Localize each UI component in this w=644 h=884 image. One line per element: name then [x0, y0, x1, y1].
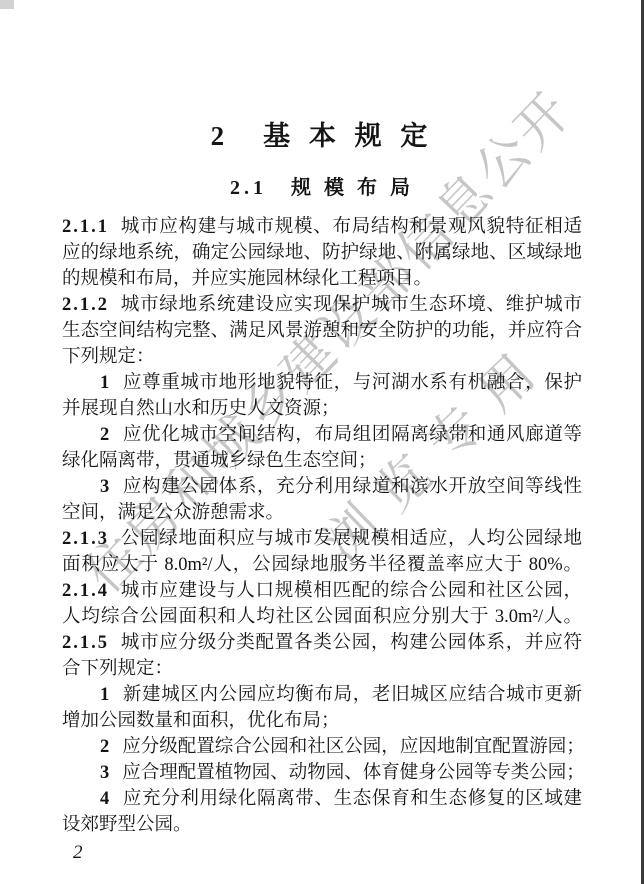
body-line-text: 绿化隔离带，贯通城乡绿色生态空间； — [62, 451, 377, 471]
body-line-text: 应合理配置植物园、动物园、体育健身公园等专类公园； — [122, 763, 585, 783]
item-number: 4 — [100, 789, 109, 809]
document-page: 住房和城乡建设部信息公开 浏览专用 2 基 本 规 定 2.1 规 模 布 局 … — [0, 0, 644, 884]
body-line-text: 城市应分级分类配置各类公园，构建公园体系，并应符 — [120, 633, 582, 653]
item-number: 3 — [100, 763, 109, 783]
body-line: 设郊野型公园。 — [62, 812, 582, 838]
body-line: 2.1.5城市应分级分类配置各类公园，构建公园体系，并应符 — [62, 630, 582, 656]
body-line: 生态空间结构完整、满足风景游憩和安全防护的功能，并应符合 — [62, 318, 582, 344]
body-line-text: 面积应大于 8.0m²/人，公园绿地服务半径覆盖率应大于 80%。 — [62, 555, 582, 575]
body-line: 4应充分利用绿化隔离带、生态保育和生态修复的区域建 — [62, 786, 582, 812]
body-line-text: 应的绿地系统，确定公园绿地、防护绿地、附属绿地、区域绿地 — [62, 243, 582, 263]
body-line-text: 生态空间结构完整、满足风景游憩和安全防护的功能，并应符合 — [62, 321, 582, 341]
clause-number: 2.1.5 — [62, 633, 109, 653]
body-line: 2.1.1城市应构建与城市规模、布局结构和景观风貌特征相适 — [62, 214, 582, 240]
clause-number: 2.1.3 — [62, 529, 109, 549]
body-line: 合下列规定： — [62, 656, 582, 682]
body-line-text: 新建城区内公园应均衡布局，老旧城区应结合城市更新 — [122, 685, 582, 705]
body-line: 空间，满足公众游憩需求。 — [62, 500, 582, 526]
clause-number: 2.1.4 — [62, 581, 109, 601]
body-line: 1新建城区内公园应均衡布局，老旧城区应结合城市更新 — [62, 682, 582, 708]
body-line-text: 设郊野型公园。 — [62, 815, 192, 835]
item-number: 1 — [100, 373, 109, 393]
body-line: 2应优化城市空间结构，布局组团隔离绿带和通风廊道等 — [62, 422, 582, 448]
body-line-text: 增加公园数量和面积，优化布局； — [62, 711, 340, 731]
scan-corner-artifact — [0, 0, 14, 9]
chapter-title: 2 基 本 规 定 — [0, 114, 644, 153]
body-line: 2应分级配置综合公园和社区公园，应因地制宜配置游园； — [62, 734, 582, 760]
body-line-text: 人均综合公园面积和人均社区公园面积应分别大于 3.0m²/人。 — [62, 607, 582, 627]
item-number: 1 — [100, 685, 109, 705]
body-line: 2.1.4城市应建设与人口规模相匹配的综合公园和社区公园， — [62, 578, 582, 604]
page-number: 2 — [73, 842, 83, 864]
body-line-text: 应优化城市空间结构，布局组团隔离绿带和通风廊道等 — [122, 425, 582, 445]
section-title: 2.1 规 模 布 局 — [0, 171, 644, 200]
body-text: 2.1.1城市应构建与城市规模、布局结构和景观风貌特征相适 应的绿地系统，确定公… — [62, 214, 582, 838]
body-line: 下列规定： — [62, 344, 582, 370]
body-line: 人均综合公园面积和人均社区公园面积应分别大于 3.0m²/人。 — [62, 604, 582, 630]
body-line-text: 空间，满足公众游憩需求。 — [62, 503, 284, 523]
body-line: 1应尊重城市地形地貌特征，与河湖水系有机融合，保护 — [62, 370, 582, 396]
body-line: 面积应大于 8.0m²/人，公园绿地服务半径覆盖率应大于 80%。 — [62, 552, 582, 578]
body-line: 并展现自然山水和历史人文资源； — [62, 396, 582, 422]
item-number: 2 — [100, 737, 109, 757]
body-line: 绿化隔离带，贯通城乡绿色生态空间； — [62, 448, 582, 474]
body-line-text: 并展现自然山水和历史人文资源； — [62, 399, 340, 419]
item-number: 3 — [100, 477, 109, 497]
body-line: 增加公园数量和面积，优化布局； — [62, 708, 582, 734]
body-line-text: 应充分利用绿化隔离带、生态保育和生态修复的区域建 — [122, 789, 582, 809]
body-line: 应的绿地系统，确定公园绿地、防护绿地、附属绿地、区域绿地 — [62, 240, 582, 266]
body-line-text: 城市应构建与城市规模、布局结构和景观风貌特征相适 — [120, 217, 582, 237]
body-line: 3应合理配置植物园、动物园、体育健身公园等专类公园； — [62, 760, 582, 786]
body-line: 3应构建公园体系，充分利用绿道和滨水开放空间等线性 — [62, 474, 582, 500]
body-line: 2.1.3公园绿地面积应与城市发展规模相适应，人均公园绿地 — [62, 526, 582, 552]
body-line-text: 城市绿地系统建设应实现保护城市生态环境、维护城市 — [120, 295, 582, 315]
body-line-text: 应尊重城市地形地貌特征，与河湖水系有机融合，保护 — [122, 373, 582, 393]
body-line-text: 应分级配置综合公园和社区公园，应因地制宜配置游园； — [122, 737, 585, 757]
body-line-text: 的规模和布局，并应实施园林绿化工程项目。 — [62, 269, 432, 289]
clause-number: 2.1.2 — [62, 295, 109, 315]
body-line-text: 下列规定： — [62, 347, 155, 367]
body-line-text: 城市应建设与人口规模相匹配的综合公园和社区公园， — [120, 581, 582, 601]
body-line-text: 应构建公园体系，充分利用绿道和滨水开放空间等线性 — [122, 477, 582, 497]
body-line-text: 合下列规定： — [62, 659, 173, 679]
body-line-text: 公园绿地面积应与城市发展规模相适应，人均公园绿地 — [120, 529, 582, 549]
body-line: 的规模和布局，并应实施园林绿化工程项目。 — [62, 266, 582, 292]
body-line: 2.1.2城市绿地系统建设应实现保护城市生态环境、维护城市 — [62, 292, 582, 318]
clause-number: 2.1.1 — [62, 217, 109, 237]
item-number: 2 — [100, 425, 109, 445]
